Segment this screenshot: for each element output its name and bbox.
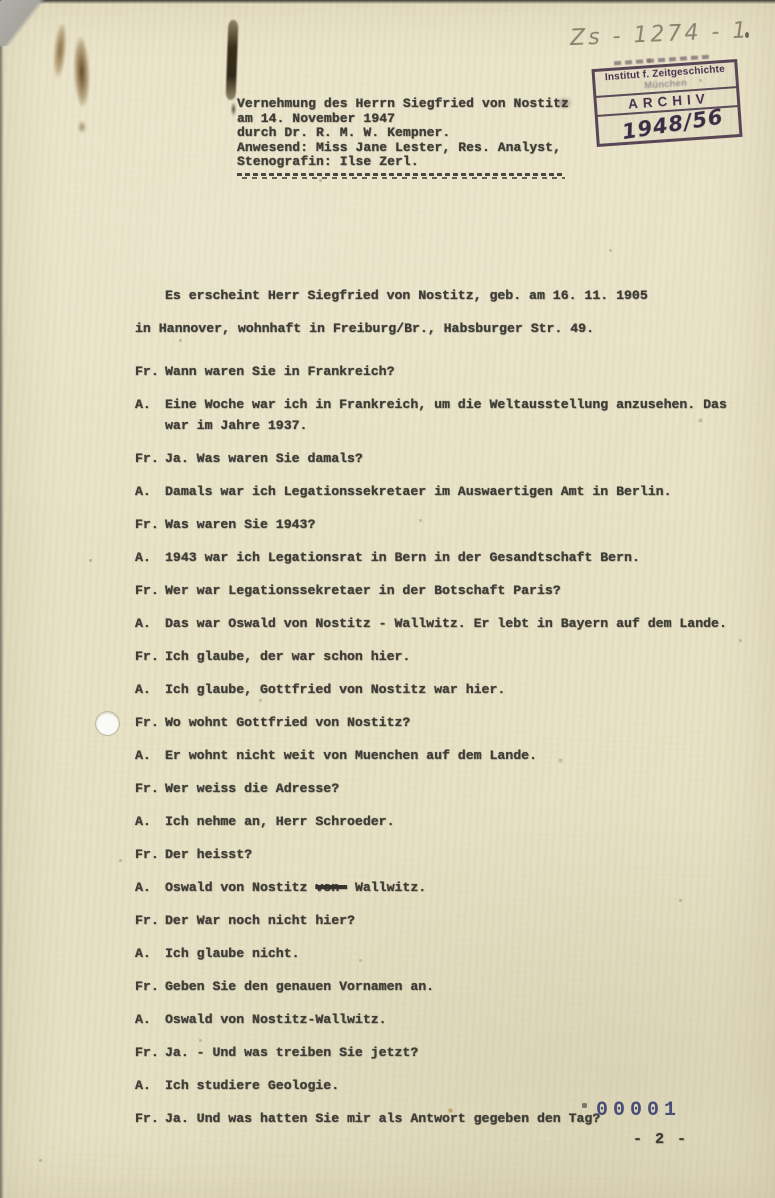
qa-row: A.Das war Oswald von Nostitz - Wallwitz.… xyxy=(135,614,750,635)
header-line-date: am 14. November 1947 xyxy=(237,112,569,127)
qa-speaker-label: A. xyxy=(135,1076,165,1097)
qa-row: Fr.Wer weiss die Adresse? xyxy=(135,779,750,800)
qa-speaker-label: Fr. xyxy=(135,911,165,932)
qa-row: A.Ich glaube, Gottfried von Nostitz war … xyxy=(135,680,750,701)
qa-text: Oswald von Nostitz-Wallwitz. xyxy=(165,1010,737,1031)
qa-text-part: Wallwitz. xyxy=(347,880,426,895)
header-line-present: Anwesend: Miss Jane Lester, Res. Analyst… xyxy=(237,141,569,156)
qa-row: Fr.Der heisst? xyxy=(135,845,750,866)
qa-speaker-label: A. xyxy=(135,746,165,767)
qa-row: A.Eine Woche war ich in Frankreich, um d… xyxy=(135,395,750,436)
qa-row: Fr.Was waren Sie 1943? xyxy=(135,515,750,536)
qa-text: Das war Oswald von Nostitz - Wallwitz. E… xyxy=(165,614,737,635)
qa-speaker-label: A. xyxy=(135,944,165,965)
qa-text: Damals war ich Legationssekretaer im Aus… xyxy=(165,482,737,503)
scan-edge-top xyxy=(0,0,775,4)
qa-text: Wo wohnt Gottfried von Nostitz? xyxy=(165,713,737,734)
rust-stain xyxy=(67,30,96,131)
qa-row: Fr.Wo wohnt Gottfried von Nostitz? xyxy=(135,713,750,734)
header-underline-rule xyxy=(237,173,565,179)
qa-row: A.Oswald von Nostitz von- Wallwitz. xyxy=(135,878,750,899)
qa-speaker-label: Fr. xyxy=(135,449,165,470)
qa-text: Der War noch nicht hier? xyxy=(165,911,737,932)
qa-speaker-label: Fr. xyxy=(135,515,165,536)
qa-speaker-label: Fr. xyxy=(135,845,165,866)
qa-speaker-label: A. xyxy=(135,614,165,635)
qa-text: Eine Woche war ich in Frankreich, um die… xyxy=(165,395,737,436)
qa-speaker-label: A. xyxy=(135,482,165,503)
struck-through-text: von- xyxy=(315,880,347,895)
file-reference-handwritten: Zs - 1274 - 1 xyxy=(570,18,761,51)
qa-speaker-label: Fr. xyxy=(135,977,165,998)
scanned-document-page: Zs - 1274 - 1 Institut f. Zeitgeschichte… xyxy=(0,0,775,1198)
document-number-stamp: 00001 xyxy=(596,1099,681,1122)
qa-text: Ja. - Und was treiben Sie jetzt? xyxy=(165,1043,737,1064)
qa-text: Er wohnt nicht weit von Muenchen auf dem… xyxy=(165,746,737,767)
punch-hole xyxy=(96,712,119,735)
rust-stain xyxy=(76,118,88,136)
qa-text: Wer weiss die Adresse? xyxy=(165,779,737,800)
qa-text: Ich glaube, Gottfried von Nostitz war hi… xyxy=(165,680,737,701)
page-corner-fold xyxy=(0,0,52,46)
qa-row: A.Er wohnt nicht weit von Muenchen auf d… xyxy=(135,746,750,767)
qa-speaker-label: A. xyxy=(135,878,165,899)
qa-speaker-label: Fr. xyxy=(135,1043,165,1064)
qa-row: A.Ich nehme an, Herr Schroeder. xyxy=(135,812,750,833)
qa-speaker-label: Fr. xyxy=(135,647,165,668)
ink-mark xyxy=(230,102,237,120)
document-header: Vernehmung des Herrn Siegfried von Nosti… xyxy=(237,97,569,179)
qa-text: Ich glaube nicht. xyxy=(165,944,737,965)
qa-speaker-label: A. xyxy=(135,812,165,833)
qa-speaker-label: A. xyxy=(135,680,165,701)
qa-row: A.Ich studiere Geologie. xyxy=(135,1076,750,1097)
scan-edge-left xyxy=(0,0,4,1198)
qa-row: Fr.Ich glaube, der war schon hier. xyxy=(135,647,750,668)
qa-text: Ich studiere Geologie. xyxy=(165,1076,737,1097)
ink-mark xyxy=(226,20,239,100)
qa-row: Fr.Ja. Was waren Sie damals? xyxy=(135,449,750,470)
qa-text: Ich nehme an, Herr Schroeder. xyxy=(165,812,737,833)
qa-text: Der heisst? xyxy=(165,845,737,866)
qa-speaker-label: A. xyxy=(135,395,165,416)
qa-speaker-label: Fr. xyxy=(135,1109,165,1130)
qa-row: Fr.Der War noch nicht hier? xyxy=(135,911,750,932)
appearance-paragraph: Es erscheint Herr Siegfried von Nostitz,… xyxy=(135,279,745,345)
pencil-dot xyxy=(745,32,749,38)
qa-row: A.1943 war ich Legationsrat in Bern in d… xyxy=(135,548,750,569)
qa-row: A.Oswald von Nostitz-Wallwitz. xyxy=(135,1010,750,1031)
qa-text: Geben Sie den genauen Vornamen an. xyxy=(165,977,737,998)
qa-row: Fr.Geben Sie den genauen Vornamen an. xyxy=(135,977,750,998)
qa-text: Was waren Sie 1943? xyxy=(165,515,737,536)
qa-speaker-label: A. xyxy=(135,1010,165,1031)
qa-speaker-label: Fr. xyxy=(135,779,165,800)
paper-specks xyxy=(0,0,1,1)
qa-speaker-label: Fr. xyxy=(135,713,165,734)
qa-speaker-label: Fr. xyxy=(135,362,165,383)
qa-row: Fr.Wer war Legationssekretaer in der Bot… xyxy=(135,581,750,602)
qa-text: 1943 war ich Legationsrat in Bern in der… xyxy=(165,548,737,569)
qa-speaker-label: Fr. xyxy=(135,581,165,602)
qa-row: A.Damals war ich Legationssekretaer im A… xyxy=(135,482,750,503)
qa-text: Ich glaube, der war schon hier. xyxy=(165,647,737,668)
qa-row: A.Ich glaube nicht. xyxy=(135,944,750,965)
qa-text: Oswald von Nostitz von- Wallwitz. xyxy=(165,878,737,899)
header-line-interrogator: durch Dr. R. M. W. Kempner. xyxy=(237,126,569,141)
intro-line-2: in Hannover, wohnhaft in Freiburg/Br., H… xyxy=(135,312,745,345)
qa-text: Wann waren Sie in Frankreich? xyxy=(165,362,737,383)
header-line-title: Vernehmung des Herrn Siegfried von Nosti… xyxy=(237,97,569,112)
qa-row: Fr.Wann waren Sie in Frankreich? xyxy=(135,362,750,383)
qa-text: Wer war Legationssekretaer in der Botsch… xyxy=(165,581,737,602)
intro-line-1: Es erscheint Herr Siegfried von Nostitz,… xyxy=(135,279,745,312)
header-line-stenographer: Stenografin: Ilse Zerl. xyxy=(237,155,569,170)
qa-text-part: Oswald von Nostitz xyxy=(165,880,315,895)
qa-text: Ja. Was waren Sie damals? xyxy=(165,449,737,470)
qa-row: Fr.Ja. - Und was treiben Sie jetzt? xyxy=(135,1043,750,1064)
page-number: - 2 - xyxy=(633,1131,688,1148)
qa-speaker-label: A. xyxy=(135,548,165,569)
archive-stamp: Institut f. Zeitgeschichte München ARCHI… xyxy=(591,59,742,147)
qa-list: Fr.Wann waren Sie in Frankreich?A.Eine W… xyxy=(135,362,750,1142)
